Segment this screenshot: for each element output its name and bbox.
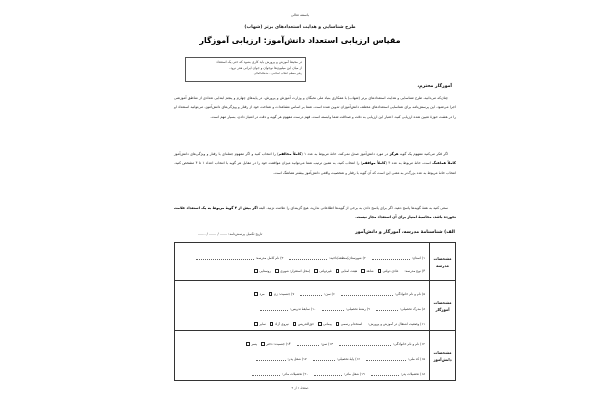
field-label: ۱۳) سن: <box>321 342 333 346</box>
school-line-1: ۱) استان: ۲) شهرستان/منطقه/ناحیه: ۳) نام… <box>179 252 425 260</box>
field-label: ۲) شهرستان/منطقه/ناحیه: <box>329 256 365 260</box>
quote-box: در محیط آموزش و پرورش باید کاری بشود که … <box>185 57 306 82</box>
option-label: هیئت امنایی <box>341 269 357 273</box>
input-blank[interactable] <box>297 345 319 346</box>
option-label: عادی دولتی <box>383 269 399 273</box>
school-type-field: ۴) نوع مدرسه: <box>405 269 425 273</box>
input-blank[interactable] <box>260 310 288 311</box>
field-label: ۹) رشتهٔ تحصیلی: <box>346 307 370 311</box>
teacher-experience-field[interactable]: ۱۰) سابقهٔ تدریس: <box>260 307 316 311</box>
checkbox[interactable] <box>270 322 274 326</box>
label-text: مشخصات <box>434 300 452 305</box>
province-field[interactable]: ۱) استان: <box>372 256 425 260</box>
employment-status-field: ۱۱) وضعیت اشتغال در آموزش و پرورش: <box>368 322 425 326</box>
text-run: است، خانهٔ مربوط به عدد ۴ ( <box>386 161 433 165</box>
input-blank[interactable] <box>341 295 393 296</box>
note-paragraph: سعی کنید به همهٔ گویه‌ها پاسخ دهید. اگر … <box>174 204 456 223</box>
option-male[interactable]: مرد <box>254 292 264 296</box>
school-line-2: ۴) نوع مدرسه: عادی دولتی شاهد هیئت امنای… <box>179 265 425 273</box>
option-urban[interactable]: (محل استقرار: شهری <box>275 269 310 273</box>
option-label: غیردولتی <box>319 269 331 273</box>
emphasis-strongly-agree: کاملاً موافقم <box>362 161 385 165</box>
father-education-field[interactable]: ۱۸) تحصیلات پدر: <box>371 372 425 376</box>
checkbox[interactable] <box>269 292 273 296</box>
input-blank[interactable] <box>256 360 286 361</box>
input-blank[interactable] <box>372 259 410 260</box>
salutation: آموزگار محترم، <box>417 84 452 89</box>
student-line-3: ۱۸) تحصیلات پدر: ۱۹) شغل مادر: ۲۰) تحصیل… <box>179 368 425 376</box>
option-board-of-trustees[interactable]: هیئت امنایی <box>336 269 357 273</box>
input-blank[interactable] <box>376 310 398 311</box>
label-text: مشخصات <box>434 350 452 355</box>
teacher-fields: ۵) نام و نام خانوادگی: ۶) سن: ۷) جنسیت: … <box>175 281 429 330</box>
city-field[interactable]: ۲) شهرستان/منطقه/ناحیه: <box>289 256 365 260</box>
label-text: آموزگار <box>435 307 449 312</box>
input-blank[interactable] <box>366 360 406 361</box>
checkbox[interactable] <box>254 292 258 296</box>
option-female[interactable]: ۷) جنسیت: زن <box>269 292 295 296</box>
checkbox[interactable] <box>314 269 318 273</box>
teacher-age-field[interactable]: ۶) سن: <box>300 292 335 296</box>
teacher-line-3: ۱۱) وضعیت اشتغال در آموزش و پرورش: استخد… <box>179 318 425 326</box>
teacher-line-1: ۵) نام و نام خانوادگی: ۶) سن: ۷) جنسیت: … <box>179 288 425 296</box>
checkbox[interactable] <box>246 342 250 346</box>
checkbox[interactable] <box>378 269 382 273</box>
input-blank[interactable] <box>339 345 391 346</box>
emphasis-never: هرگز <box>389 152 398 156</box>
option-label: ۱۴) جنسیت: دختر <box>266 342 291 346</box>
field-label: ۱۸) تحصیلات پدر: <box>401 372 425 376</box>
input-blank[interactable] <box>322 310 344 311</box>
option-label: (محل استقرار: شهری <box>280 269 310 273</box>
field-label: ۱۱) وضعیت اشتغال در آموزش و پرورش: <box>368 322 425 326</box>
option-rural[interactable]: روستایی <box>254 269 271 273</box>
field-label: ۲۰) تحصیلات مادر: <box>282 372 308 376</box>
checkbox[interactable] <box>261 342 265 346</box>
input-blank[interactable] <box>289 259 327 260</box>
mother-education-field[interactable]: ۲۰) تحصیلات مادر: <box>252 372 308 376</box>
checkbox[interactable] <box>361 269 365 273</box>
option-contract[interactable]: پیمانی <box>318 322 332 326</box>
checkbox[interactable] <box>318 322 322 326</box>
page-number: صفحهٔ ۱ از ۴ <box>0 386 600 390</box>
teacher-info-row: مشخصاتآموزگار ۵) نام و نام خانوادگی: ۶) … <box>175 281 455 331</box>
checkbox[interactable] <box>275 269 279 273</box>
field-label: ۸) مدرک تحصیلی: <box>400 307 425 311</box>
option-label: پیمانی <box>323 322 332 326</box>
checkbox[interactable] <box>293 322 297 326</box>
checkbox[interactable] <box>336 322 340 326</box>
field-label: ۱۶) پایهٔ تحصیلی: <box>337 357 360 361</box>
document-page: باسمه تعالی طرح شناسایی و هدایت استعداده… <box>0 0 600 400</box>
input-blank[interactable] <box>300 295 322 296</box>
project-subtitle: طرح شناسایی و هدایت استعدادهای برتر (شها… <box>0 25 600 30</box>
option-other[interactable]: سایر <box>254 322 266 326</box>
teacher-name-field[interactable]: ۵) نام و نام خانوادگی: <box>341 292 425 296</box>
teacher-line-2: ۸) مدرک تحصیلی: ۹) رشتهٔ تحصیلی: ۱۰) ساب… <box>179 303 425 311</box>
school-info-row: مشخصاتمدرسه ۱) استان: ۲) شهرستان/منطقه/ن… <box>175 243 455 281</box>
field-label: ۱۷) شغل پدر: <box>288 357 307 361</box>
checkbox[interactable] <box>254 322 258 326</box>
checkbox[interactable] <box>336 269 340 273</box>
option-label: ۷) جنسیت: زن <box>274 292 295 296</box>
option-label: حق‌التدریس <box>298 322 314 326</box>
student-fields: ۱۲) نام و نام خانوادگی: ۱۳) سن: ۱۴) جنسی… <box>175 331 429 381</box>
field-label: ۱۰) سابقهٔ تدریس: <box>290 307 316 311</box>
option-label: پسر <box>251 342 257 346</box>
input-blank[interactable] <box>196 259 254 260</box>
emphasis-fully-consistent: کاملاً هماهنگ <box>432 161 456 165</box>
field-label: ۱) استان: <box>412 256 425 260</box>
input-blank[interactable] <box>314 375 342 376</box>
option-label: شاهد <box>366 269 373 273</box>
intro-paragraph: چنان‌که می‌دانید، طرح شناسایی و هدایت اس… <box>174 94 456 122</box>
input-blank[interactable] <box>313 360 335 361</box>
option-girl[interactable]: ۱۴) جنسیت: دختر <box>261 342 291 346</box>
label-text: مدرسه <box>436 263 449 268</box>
teacher-major-field[interactable]: ۹) رشتهٔ تحصیلی: <box>322 307 370 311</box>
instructions-paragraph: اگر فکر می‌کنید مفهوم یک گویه هرگز در مو… <box>174 150 456 178</box>
option-regular-public[interactable]: عادی دولتی <box>378 269 399 273</box>
grade-field[interactable]: ۱۶) پایهٔ تحصیلی: <box>313 357 360 361</box>
quote-author: رهبر معظم انقلاب اسلامی - مدظله‌العالی <box>189 71 302 76</box>
emphasis-strongly-disagree: کاملاً مخالفم <box>279 152 302 156</box>
school-name-field[interactable]: ۳) نام کامل مدرسه: <box>196 256 284 260</box>
option-label: مرد <box>260 292 265 296</box>
school-fields: ۱) استان: ۲) شهرستان/منطقه/ناحیه: ۳) نام… <box>175 243 429 280</box>
option-label: سایر <box>259 322 266 326</box>
checkbox[interactable] <box>254 269 258 273</box>
student-line-2: ۱۵) کد ملی: ۱۶) پایهٔ تحصیلی: ۱۷) شغل پد… <box>179 353 425 361</box>
option-freelance[interactable]: نیروی آزاد <box>270 322 289 326</box>
input-blank[interactable] <box>371 375 399 376</box>
option-official[interactable]: استخدام رسمی <box>336 322 363 326</box>
teacher-degree-field[interactable]: ۸) مدرک تحصیلی: <box>376 307 425 311</box>
student-info-row: مشخصاتدانش‌آموز ۱۲) نام و نام خانوادگی: … <box>175 331 455 381</box>
field-label: ۳) نام کامل مدرسه: <box>256 256 284 260</box>
teacher-info-label: مشخصاتآموزگار <box>429 281 455 330</box>
field-label: ۱۹) شغل مادر: <box>344 372 365 376</box>
option-boy[interactable]: پسر <box>246 342 257 346</box>
option-private[interactable]: غیردولتی <box>314 269 331 273</box>
option-label: روستایی <box>259 269 271 273</box>
option-shahed[interactable]: شاهد <box>361 269 373 273</box>
text-run: ) را انتخاب کنید و اگر مفهوم جمله‌ای با … <box>174 152 279 156</box>
field-label: ۵) نام و نام خانوادگی: <box>395 292 425 296</box>
student-line-1: ۱۲) نام و نام خانوادگی: ۱۳) سن: ۱۴) جنسی… <box>179 338 425 346</box>
basmala: باسمه تعالی <box>0 13 600 17</box>
label-text: دانش‌آموز <box>433 357 451 362</box>
input-blank[interactable] <box>252 375 280 376</box>
option-label: نیروی آزاد <box>275 322 289 326</box>
national-id-field[interactable]: ۱۵) کد ملی: <box>366 357 425 361</box>
student-name-field[interactable]: ۱۲) نام و نام خانوادگی: <box>339 342 425 346</box>
text-run: سعی کنید به همهٔ گویه‌ها پاسخ دهید. اگر … <box>258 206 448 210</box>
completion-date-field[interactable]: تاریخ تکمیل پرسش‌نامه: ....... / .......… <box>198 232 262 236</box>
section-heading: الف) شناسنامهٔ مدرسه، آموزگار و دانش‌آمو… <box>355 230 455 235</box>
option-hourly[interactable]: حق‌التدریس <box>293 322 314 326</box>
option-label: استخدام رسمی <box>341 322 363 326</box>
page-title: مقیاس ارزیابی استعداد دانش‌آموز: ارزیابی… <box>0 36 600 45</box>
text-run: در مورد دانش‌آموز صدق نمی‌کند، خانهٔ مرب… <box>301 152 389 156</box>
field-label: ۶) سن: <box>324 292 335 296</box>
student-age-field[interactable]: ۱۳) سن: <box>297 342 333 346</box>
field-label: ۱۲) نام و نام خانوادگی: <box>393 342 425 346</box>
field-label: ۴) نوع مدرسه: <box>405 269 425 273</box>
field-label: ۱۵) کد ملی: <box>408 357 425 361</box>
student-info-label: مشخصاتدانش‌آموز <box>429 331 455 381</box>
school-info-label: مشخصاتمدرسه <box>429 243 455 280</box>
info-table: مشخصاتمدرسه ۱) استان: ۲) شهرستان/منطقه/ن… <box>174 242 456 381</box>
mother-job-field[interactable]: ۱۹) شغل مادر: <box>314 372 365 376</box>
label-text: مشخصات <box>434 256 452 261</box>
father-job-field[interactable]: ۱۷) شغل پدر: <box>256 357 307 361</box>
text-run: اگر فکر می‌کنید مفهوم یک گویه <box>399 152 449 156</box>
